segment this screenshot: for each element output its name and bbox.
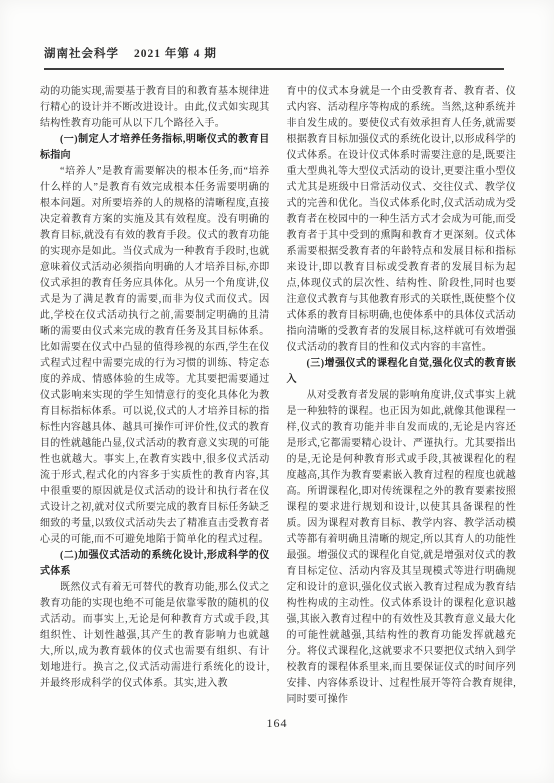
section-heading-3: (三)增强仪式的课程化自觉,强化仪式的教育嵌入: [287, 356, 517, 388]
journal-title: 湖南社会科学: [44, 45, 119, 61]
issue-label: 2021 年第 4 期: [134, 45, 217, 61]
paragraph: 从对受教育者发展的影响角度讲,仪式事实上就是一种独特的课程。也正因为如此,就像其…: [287, 388, 517, 708]
section-heading-2: (二)加强仪式活动的系统化设计,形成科学的仪式体系: [40, 548, 270, 580]
page-number: 164: [0, 716, 554, 731]
left-column: 动的功能实现,需要基于教育目的和教育基本规律进行精心的设计并不断改进设计。由此,…: [40, 84, 270, 708]
section-heading-1: (一)制定人才培养任务指标,明晰仪式的教育目标指向: [40, 132, 270, 164]
two-column-body: 动的功能实现,需要基于教育目的和教育基本规律进行精心的设计并不断改进设计。由此,…: [40, 84, 516, 708]
paragraph-continuation: 动的功能实现,需要基于教育目的和教育基本规律进行精心的设计并不断改进设计。由此,…: [40, 84, 270, 132]
paragraph: 既然仪式有着无可替代的教育功能,那么仪式之教育功能的实现也绝不可能是依靠零散的随…: [40, 580, 270, 692]
paragraph: “培养人”是教育需要解决的根本任务,而“培养什么样的人”是教育有效完成根本任务需…: [40, 164, 270, 548]
running-head-rule: 湖南社会科学 2021 年第 4 期: [44, 45, 504, 70]
right-column: 育中的仪式本身就是一个由受教育者、教育者、仪式内容、活动程序等构成的系统。当然,…: [287, 84, 517, 708]
journal-page: 湖南社会科学 2021 年第 4 期 动的功能实现,需要基于教育目的和教育基本规…: [0, 0, 554, 783]
paragraph-continuation: 育中的仪式本身就是一个由受教育者、教育者、仪式内容、活动程序等构成的系统。当然,…: [287, 84, 517, 356]
running-head: 湖南社会科学 2021 年第 4 期: [44, 45, 504, 70]
